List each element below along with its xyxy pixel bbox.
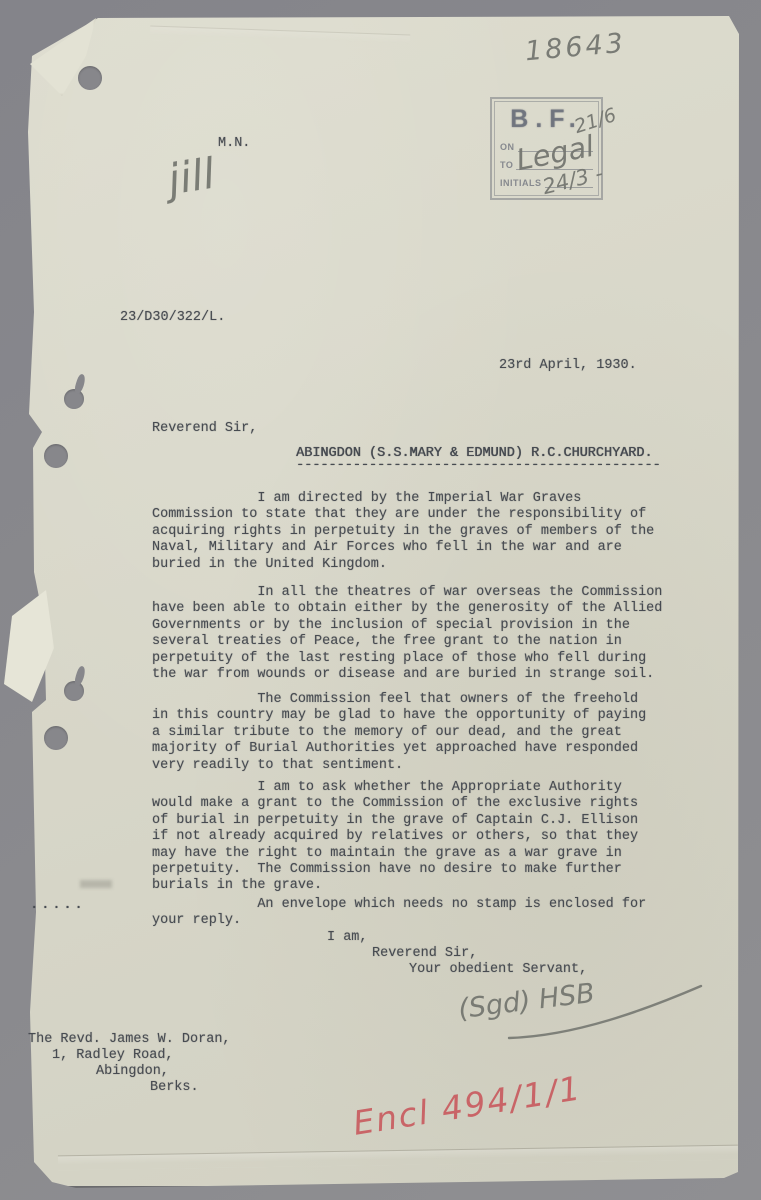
recipient-name: The Revd. James W. Doran, <box>28 1032 231 1048</box>
closing-i-am: I am, <box>327 930 368 946</box>
paragraph-2: In all the theatres of war overseas the … <box>152 585 662 683</box>
punch-hole <box>44 726 68 750</box>
scanned-letter-page: 18643 M.N. jill B.F. ON TO INITIALS 21/6… <box>0 0 761 1200</box>
recipient-county: Berks. <box>150 1080 199 1096</box>
punch-hole <box>44 444 68 468</box>
bf-stamp-on-label: ON <box>500 142 515 152</box>
closing-reverend-sir: Reverend Sir, <box>372 946 477 962</box>
signature-flourish <box>505 982 705 1044</box>
recipient-street: 1, Radley Road, <box>52 1048 174 1064</box>
reference-number: 23/D30/322/L. <box>120 310 225 326</box>
bf-stamp-to-label: TO <box>500 160 513 170</box>
paragraph-4: I am to ask whether the Appropriate Auth… <box>152 780 638 895</box>
salutation: Reverend Sir, <box>152 421 257 437</box>
typed-initials: M.N. <box>218 136 250 152</box>
punch-hole-torn <box>64 389 84 409</box>
punch-hole-torn <box>64 681 84 701</box>
bf-stamp-initials-label: INITIALS <box>500 178 542 188</box>
paragraph-1: I am directed by the Imperial War Graves… <box>152 491 654 573</box>
filing-dots: ..... <box>30 898 86 914</box>
paragraph-5: An envelope which needs no stamp is encl… <box>152 897 646 930</box>
letter-date: 23rd April, 1930. <box>499 358 637 374</box>
punch-hole <box>78 66 102 90</box>
subject-underline: ----------------------------------------… <box>296 458 661 474</box>
closing-obedient-servant: Your obedient Servant, <box>409 962 587 978</box>
pencil-name-note: jill <box>164 149 218 205</box>
paragraph-3: The Commission feel that owners of the f… <box>152 692 646 774</box>
recipient-town: Abingdon, <box>96 1064 169 1080</box>
pencil-smudge <box>80 880 112 888</box>
